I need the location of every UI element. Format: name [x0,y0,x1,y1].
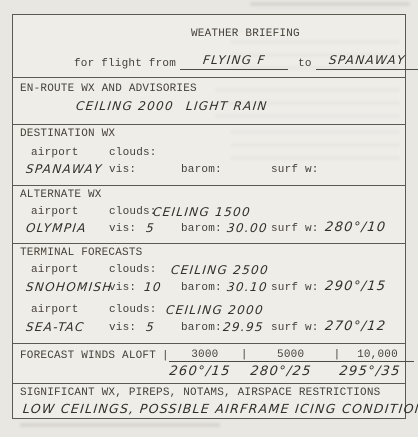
vis-label: vis: [109,164,136,176]
section-terminal: TERMINAL FORECASTS airport clouds: CEILI… [13,243,405,343]
terminal-row1-airport-value: SNOHOMISH [25,280,113,294]
vis-label: vis: [109,282,136,294]
section-alternate: ALTERNATE WX airport clouds: CEILING 150… [13,185,405,243]
terminal-heading: TERMINAL FORECASTS [20,247,142,259]
surf-w-label: surf w: [271,282,319,294]
terminal-row1-labels: airport clouds: CEILING 2500 [13,264,405,280]
flight-line: for flight from FLYING F to SPANAWAY [74,51,418,70]
section-significant-wx: SIGNIFICANT WX, PIREPS, NOTAMS, AIRSPACE… [13,383,405,421]
alternate-heading: ALTERNATE WX [20,189,102,201]
winds-altitude-3000: 3000 [169,349,241,361]
enroute-heading: EN-ROUTE WX AND ADVISORIES [20,83,197,95]
bleed-through-artifact [20,423,220,435]
surf-w-label: surf w: [271,223,319,235]
terminal-row2-barom-value: 29.95 [222,320,264,334]
clouds-label: clouds: [109,264,157,276]
weather-briefing-form: WEATHER BRIEFING for flight from FLYING … [12,14,406,419]
barom-label: barom: [181,223,222,235]
airport-label: airport [31,206,79,218]
flight-to-value: SPANAWAY [329,53,407,67]
alternate-surf-w-value: 280°/10 [324,220,387,235]
terminal-row2-vis-value: 5 [145,320,155,334]
terminal-row1-surf-w-value: 290°/15 [324,279,387,294]
barom-label: barom: [181,282,222,294]
section-destination: DESTINATION WX airport clouds: SPANAWAY … [13,124,405,185]
airport-label: airport [31,264,79,276]
destination-heading: DESTINATION WX [20,128,115,140]
vis-label: vis: [109,322,136,334]
barom-label: barom: [181,322,222,334]
winds-separator: | [241,349,248,361]
terminal-row1-vis-value: 10 [143,280,162,294]
surf-w-label: surf w: [271,322,319,334]
bleed-through-artifact [250,2,410,12]
surf-w-label: surf w: [271,164,319,176]
terminal-row2-surf-w-value: 270°/12 [324,319,387,334]
section-winds-aloft: FORECAST WINDS ALOFT | 3000 | 5000 | 10,… [13,343,405,383]
airport-label: airport [31,147,79,159]
winds-separator: | [162,350,169,362]
clouds-label: clouds: [109,147,157,159]
flight-from-value: FLYING F [202,53,266,67]
flight-to-field: SPANAWAY [316,51,418,70]
winds-value-3000: 260°/15 [169,364,232,379]
alternate-barom-value: 30.00 [226,221,268,235]
winds-aloft-heading: FORECAST WINDS ALOFT [20,350,156,362]
form-title: WEATHER BRIEFING [191,28,300,40]
winds-altitude-5000: 5000 [248,349,334,361]
significant-heading: SIGNIFICANT WX, PIREPS, NOTAMS, AIRSPACE… [20,387,380,399]
enroute-entry-row: CEILING 2000 LIGHT RAIN [13,99,405,115]
flight-line-to-label: to [298,58,312,70]
winds-altitude-10000: 10,000 [340,349,414,361]
flight-line-prefix: for flight from [74,58,176,70]
winds-aloft-header: FORECAST WINDS ALOFT | 3000 | 5000 | 10,… [20,349,414,362]
clouds-label: clouds: [109,206,157,218]
destination-value-row: SPANAWAY vis: barom: surf w: [13,164,405,180]
significant-entry-value: LOW CEILINGS, POSSIBLE AIRFRAME ICING CO… [22,401,418,416]
winds-altitude-columns: 3000 | 5000 | 10,000 [169,349,415,362]
terminal-row2-values: SEA-TAC vis: 5 barom: 29.95 surf w: 270°… [13,322,405,338]
scanned-weather-briefing-form: WEATHER BRIEFING for flight from FLYING … [0,0,418,437]
terminal-row2-clouds-value: CEILING 2000 [165,303,264,317]
enroute-wx-value: LIGHT RAIN [185,99,268,113]
barom-label: barom: [181,164,222,176]
winds-value-10000: 295°/35 [339,364,402,379]
destination-airport-value: SPANAWAY [25,162,103,176]
terminal-row2-airport-value: SEA-TAC [25,320,85,334]
section-enroute: EN-ROUTE WX AND ADVISORIES CEILING 2000 … [13,77,405,124]
alternate-airport-value: OLYMPIA [25,221,87,235]
alternate-vis-value: 5 [145,221,155,235]
clouds-label: clouds: [109,304,157,316]
terminal-row1-barom-value: 30.10 [226,280,268,294]
destination-label-row: airport clouds: [13,147,405,163]
terminal-row2-labels: airport clouds: CEILING 2000 [13,304,405,320]
winds-value-5000: 280°/25 [250,364,313,379]
terminal-row1-clouds-value: CEILING 2500 [170,263,269,277]
alternate-value-row: OLYMPIA vis: 5 barom: 30.00 surf w: 280°… [13,223,405,239]
alternate-clouds-value: CEILING 1500 [152,205,251,219]
vis-label: vis: [109,223,136,235]
flight-from-field: FLYING F [180,51,288,70]
terminal-row1-values: SNOHOMISH vis: 10 barom: 30.10 surf w: 2… [13,282,405,298]
enroute-clouds-value: CEILING 2000 [75,99,174,113]
section-header: WEATHER BRIEFING for flight from FLYING … [13,15,405,77]
airport-label: airport [31,304,79,316]
winds-separator: | [334,349,341,361]
